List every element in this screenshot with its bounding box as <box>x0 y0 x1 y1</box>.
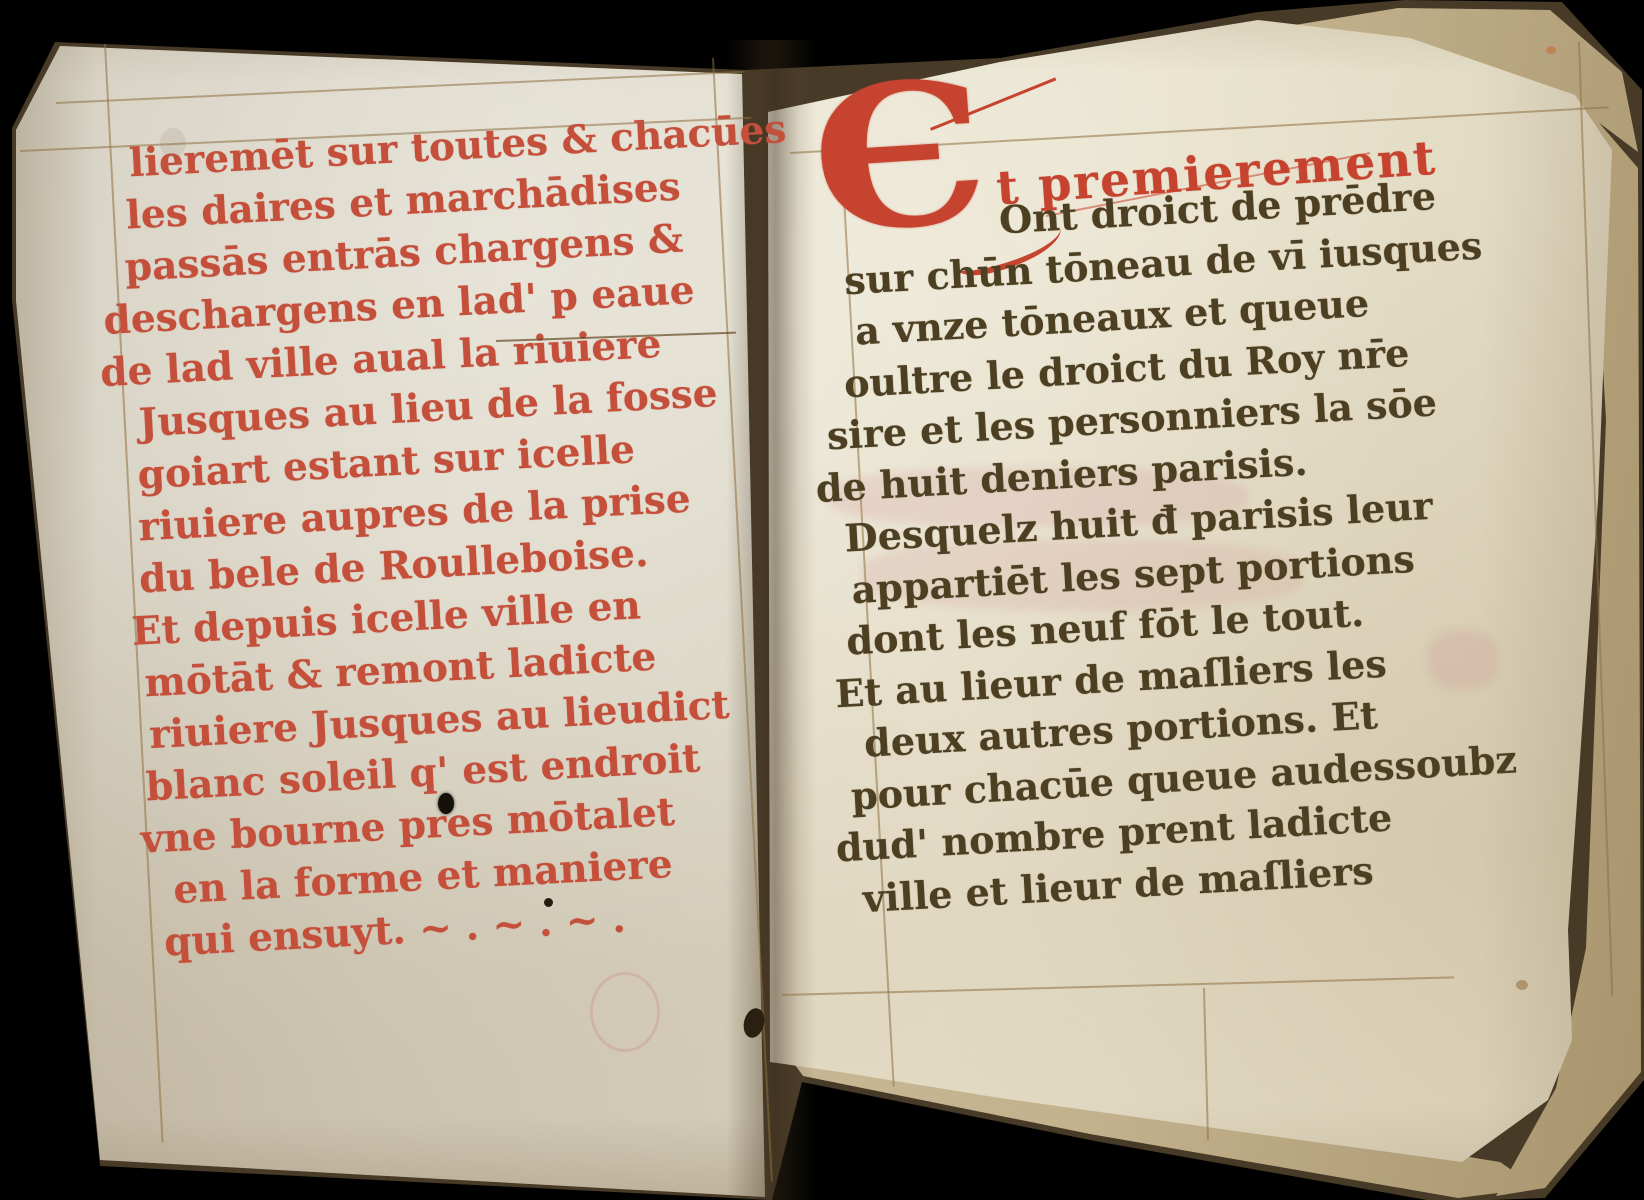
right-page-text: Ont droict de prēdre sur chūn tōneau de … <box>828 169 1487 923</box>
faint-red-ring <box>590 972 660 1052</box>
stain <box>1516 980 1528 990</box>
manuscript-photo: lieremēt sur toutes & chacūes les daires… <box>0 0 1644 1200</box>
faint-pencil-mark <box>160 128 186 158</box>
stain <box>1546 46 1556 54</box>
left-page-text: lieremēt sur toutes & chacūes les daires… <box>118 103 821 968</box>
parchment-hole <box>438 793 454 814</box>
ink-speck <box>544 898 553 907</box>
